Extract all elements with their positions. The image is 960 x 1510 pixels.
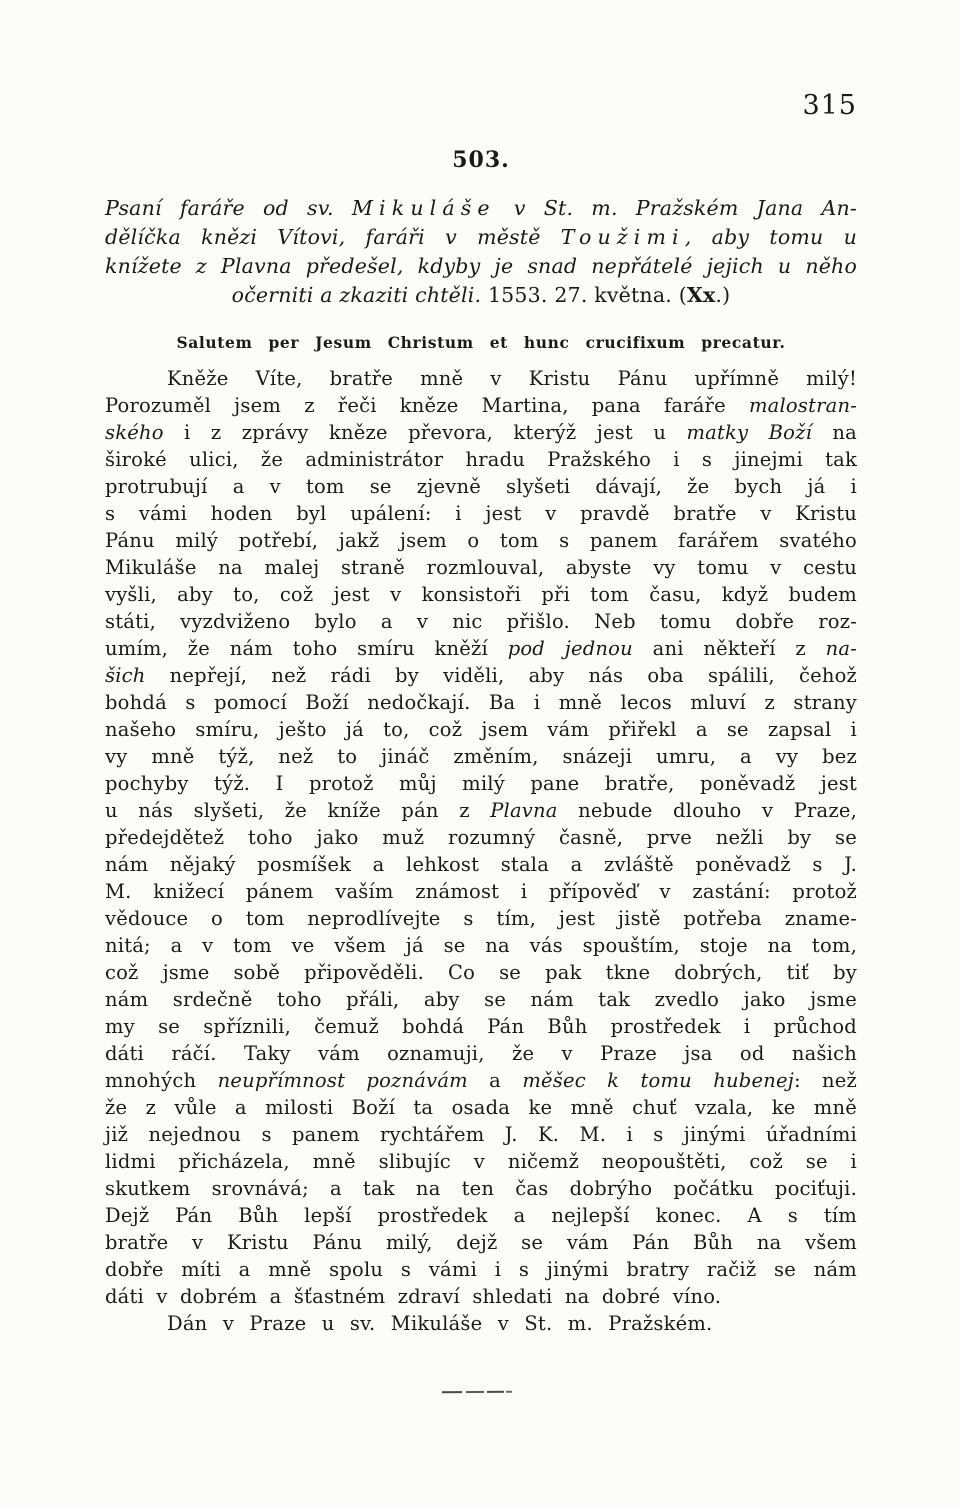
text-segment: Mikuláše na malej straně rozmlouval, aby… bbox=[105, 556, 857, 579]
text-line: mnohých neupřímnost poznávám a měšec k t… bbox=[105, 1067, 857, 1094]
text-segment: na- bbox=[826, 637, 857, 660]
text-line: Porozuměl jsem z řeči kněze Martina, pan… bbox=[105, 392, 857, 419]
text-line: státi, vyzdviženo bylo a v nic přišlo. N… bbox=[105, 608, 857, 635]
text-line: vědouce o tom neprodlívejte s tím, jest … bbox=[105, 905, 857, 932]
text-line: dáti ráčí. Taky vám oznamuji, že v Praze… bbox=[105, 1040, 857, 1067]
text-segment: vy mně týž, než to jináč změním, snázeji… bbox=[105, 745, 857, 768]
text-segment: Dán v Praze u sv. Mikuláše v St. m. Praž… bbox=[167, 1312, 712, 1335]
text-line: Pánu milý potřebí, jakž jsem o tom s pan… bbox=[105, 527, 857, 554]
text-segment: mnohých bbox=[105, 1069, 218, 1092]
text-line: Dejž Pán Bůh lepší prostředek a nejlepší… bbox=[105, 1202, 857, 1229]
text-line: knížete z Plavna předešel, kdyby je snad… bbox=[105, 252, 857, 281]
text-segment: dáti v dobrém a šťastném zdraví shledati… bbox=[105, 1285, 721, 1308]
text-segment: skutkem srovnává; a tak na ten čas dobrý… bbox=[105, 1177, 857, 1200]
text-segment: umím, že nám toho smíru kněží bbox=[105, 637, 508, 660]
text-segment: u nás slyšeti, že kníže pán z bbox=[105, 799, 490, 822]
text-line: ského i z zprávy kněze převora, kterýž j… bbox=[105, 419, 857, 446]
text-line: dobře míti a mně spolu s vámi i s jinými… bbox=[105, 1256, 857, 1283]
text-line: M. knižecí pánem vaším známost i přípově… bbox=[105, 878, 857, 905]
text-segment: lidmi přicházela, mně slibujíc v ničemž … bbox=[105, 1150, 857, 1173]
text-segment: .) bbox=[715, 283, 730, 307]
text-line: což jsme sobě připověděli. Co se pak tkn… bbox=[105, 959, 857, 986]
text-segment: bratře v Kristu Pánu milý, dejž se vám P… bbox=[105, 1231, 857, 1254]
text-segment: nebude dlouho v Praze, bbox=[558, 799, 857, 822]
text-line: u nás slyšeti, že kníže pán z Plavna neb… bbox=[105, 797, 857, 824]
section-divider bbox=[442, 1391, 512, 1393]
text-segment: pod jednou bbox=[508, 637, 633, 660]
text-line: Dán v Praze u sv. Mikuláše v St. m. Praž… bbox=[105, 1310, 857, 1337]
text-segment: ani někteří z bbox=[633, 637, 826, 660]
text-segment: nám srdečně toho přáli, aby se nám tak z… bbox=[105, 988, 857, 1011]
text-segment: nepřejí, než rádi by viděli, aby nás oba… bbox=[146, 664, 857, 687]
text-segment: Plavna bbox=[490, 799, 557, 822]
page-number: 315 bbox=[105, 90, 857, 121]
text-segment: M. knižecí pánem vaším známost i přípově… bbox=[105, 880, 857, 903]
text-line: nám nějaký posmíšek a lehkost stala a zv… bbox=[105, 851, 857, 878]
text-segment: matky Boží bbox=[686, 421, 812, 444]
section-number: 503. bbox=[105, 147, 857, 173]
text-segment: měšec k tomu hubenej bbox=[522, 1069, 794, 1092]
text-segment: i z zprávy kněze převora, kterýž jest u bbox=[164, 421, 687, 444]
text-segment: Mikuláše bbox=[352, 196, 496, 220]
text-segment: pochyby týž. I protož můj milý pane brat… bbox=[105, 772, 857, 795]
text-segment: 1553. 27. května. ( bbox=[488, 283, 687, 307]
text-segment: šich bbox=[105, 664, 146, 687]
text-segment: na bbox=[812, 421, 857, 444]
text-segment: malostran- bbox=[749, 394, 857, 417]
text-segment: protrubují a v tom se zjevně slyšeti dáv… bbox=[105, 475, 857, 498]
text-segment: ského bbox=[105, 421, 164, 444]
text-line: očerniti a zkaziti chtěli. 1553. 27. kvě… bbox=[105, 281, 857, 310]
text-segment: Xx bbox=[687, 283, 716, 307]
text-line: dáti v dobrém a šťastném zdraví shledati… bbox=[105, 1283, 857, 1310]
text-line: našeho smíru, ješto já to, což jsem vám … bbox=[105, 716, 857, 743]
letter-heading: Psaní faráře od sv. Mikuláše v St. m. Pr… bbox=[105, 194, 857, 310]
text-segment: knížete z Plavna předešel, kdyby je snad… bbox=[105, 254, 857, 278]
text-segment: vědouce o tom neprodlívejte s tím, jest … bbox=[105, 907, 857, 930]
text-line: již nejednou s panem rychtářem J. K. M. … bbox=[105, 1121, 857, 1148]
text-line: bratře v Kristu Pánu milý, dejž se vám P… bbox=[105, 1229, 857, 1256]
text-segment: nitá; a v tom ve všem já se na vás spouš… bbox=[105, 934, 857, 957]
text-segment: bohdá s pomocí Boží nedočkají. Ba i mně … bbox=[105, 691, 857, 714]
text-segment: v St. m. Pražském Jana An- bbox=[496, 196, 857, 220]
text-segment: Psaní faráře od sv. bbox=[105, 196, 352, 220]
text-line: Psaní faráře od sv. Mikuláše v St. m. Pr… bbox=[105, 194, 857, 223]
text-segment: již nejednou s panem rychtářem J. K. M. … bbox=[105, 1123, 857, 1146]
text-segment: Dejž Pán Bůh lepší prostředek a nejlepší… bbox=[105, 1204, 857, 1227]
text-segment: s vámi hoden byl upálení: i jest v pravd… bbox=[105, 502, 857, 525]
text-segment: široké ulici, že administrátor hradu Pra… bbox=[105, 448, 857, 471]
text-line: pochyby týž. I protož můj milý pane brat… bbox=[105, 770, 857, 797]
text-segment: nám nějaký posmíšek a lehkost stala a zv… bbox=[105, 853, 857, 876]
text-segment: Porozuměl jsem z řeči kněze Martina, pan… bbox=[105, 394, 749, 417]
text-line: lidmi přicházela, mně slibujíc v ničemž … bbox=[105, 1148, 857, 1175]
text-segment: našeho smíru, ješto já to, což jsem vám … bbox=[105, 718, 857, 741]
letter-body: Kněže Víte, bratře mně v Kristu Pánu upř… bbox=[105, 365, 857, 1337]
text-line: nám srdečně toho přáli, aby se nám tak z… bbox=[105, 986, 857, 1013]
text-line: dělíčka knězi Vítovi, faráři v městě Tou… bbox=[105, 223, 857, 252]
text-segment: Toužimi bbox=[561, 225, 685, 249]
text-line: s vámi hoden byl upálení: i jest v pravd… bbox=[105, 500, 857, 527]
text-line: umím, že nám toho smíru kněží pod jednou… bbox=[105, 635, 857, 662]
text-segment: dělíčka knězi Vítovi, faráři v městě bbox=[105, 225, 561, 249]
text-line: my se spříznili, čemuž bohdá Pán Bůh pro… bbox=[105, 1013, 857, 1040]
text-segment: a bbox=[468, 1069, 522, 1092]
text-segment: neupřímnost poznávám bbox=[218, 1069, 468, 1092]
text-segment: předejdětež toho jako muž rozumný časně,… bbox=[105, 826, 857, 849]
text-segment: : než bbox=[794, 1069, 857, 1092]
salutation-line: Salutem per Jesum Christum et hunc cruci… bbox=[105, 333, 857, 352]
text-segment: státi, vyzdviženo bylo a v nic přišlo. N… bbox=[105, 610, 857, 633]
text-segment: vyšli, aby to, což jest v konsistoři při… bbox=[105, 583, 857, 606]
text-line: šich nepřejí, než rádi by viděli, aby ná… bbox=[105, 662, 857, 689]
text-segment: dobře míti a mně spolu s vámi i s jinými… bbox=[105, 1258, 857, 1281]
text-segment: což jsme sobě připověděli. Co se pak tkn… bbox=[105, 961, 857, 984]
text-segment: očerniti a zkaziti chtěli. bbox=[232, 283, 488, 307]
text-segment: Pánu milý potřebí, jakž jsem o tom s pan… bbox=[105, 529, 857, 552]
book-page: 315 503. Psaní faráře od sv. Mikuláše v … bbox=[0, 0, 960, 1510]
text-segment: Kněže Víte, bratře mně v Kristu Pánu upř… bbox=[167, 367, 857, 390]
text-line: široké ulici, že administrátor hradu Pra… bbox=[105, 446, 857, 473]
text-line: nitá; a v tom ve všem já se na vás spouš… bbox=[105, 932, 857, 959]
text-segment: , aby tomu u bbox=[685, 225, 857, 249]
text-segment: že z vůle a milosti Boží ta osada ke mně… bbox=[105, 1096, 857, 1119]
text-line: bohdá s pomocí Boží nedočkají. Ba i mně … bbox=[105, 689, 857, 716]
text-line: vy mně týž, než to jináč změním, snázeji… bbox=[105, 743, 857, 770]
text-line: vyšli, aby to, což jest v konsistoři při… bbox=[105, 581, 857, 608]
text-line: předejdětež toho jako muž rozumný časně,… bbox=[105, 824, 857, 851]
text-line: protrubují a v tom se zjevně slyšeti dáv… bbox=[105, 473, 857, 500]
text-segment: my se spříznili, čemuž bohdá Pán Bůh pro… bbox=[105, 1015, 857, 1038]
text-line: že z vůle a milosti Boží ta osada ke mně… bbox=[105, 1094, 857, 1121]
text-line: Mikuláše na malej straně rozmlouval, aby… bbox=[105, 554, 857, 581]
text-segment: dáti ráčí. Taky vám oznamuji, že v Praze… bbox=[105, 1042, 857, 1065]
text-line: Kněže Víte, bratře mně v Kristu Pánu upř… bbox=[105, 365, 857, 392]
text-line: skutkem srovnává; a tak na ten čas dobrý… bbox=[105, 1175, 857, 1202]
